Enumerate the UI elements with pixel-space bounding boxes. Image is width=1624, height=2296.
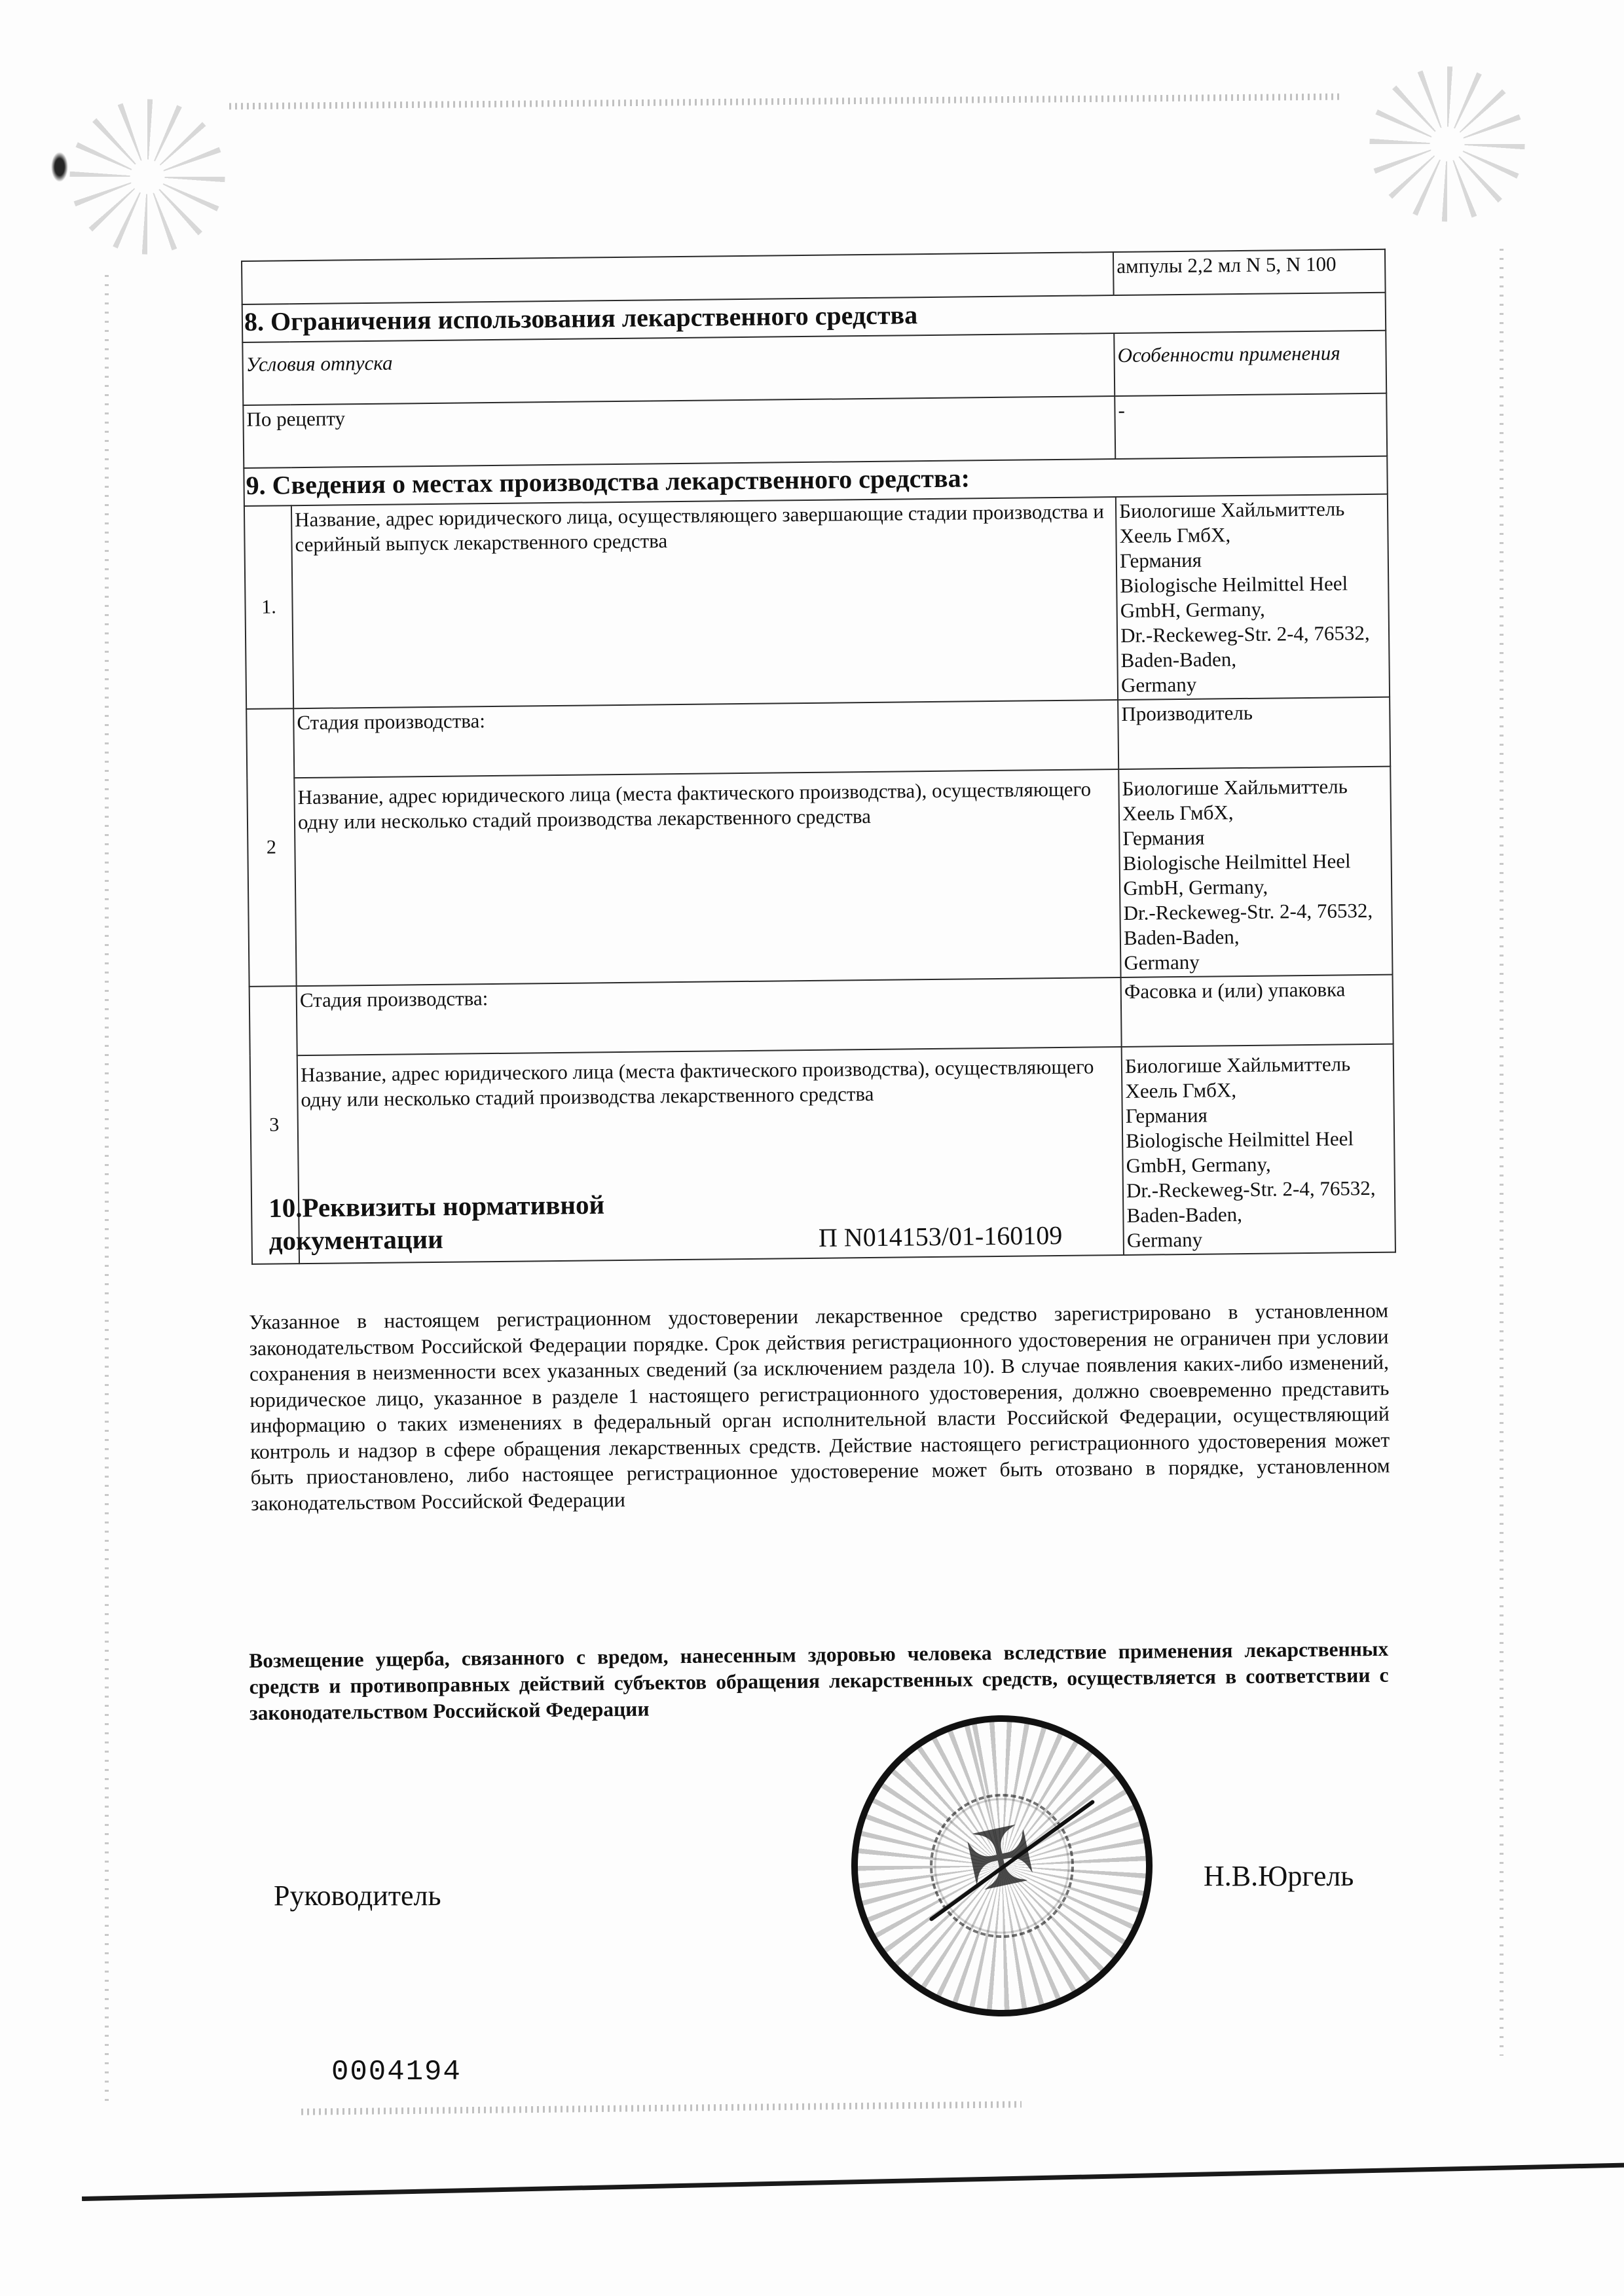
- usage-features-label: Особенности применения: [1114, 331, 1386, 396]
- site-1-row: 1. Название, адрес юридического лица, ос…: [244, 494, 1390, 709]
- registration-table: ампулы 2,2 мл N 5, N 100 8. Ограничения …: [241, 249, 1396, 1265]
- address-line: Germany: [1121, 670, 1386, 698]
- signatory-name: Н.В.Юргель: [1204, 1859, 1354, 1893]
- ornament-rosette-right: [1369, 65, 1526, 223]
- ornament-mark-left: [51, 152, 68, 182]
- site-1-address: Биологише Хайльмиттель Хеель ГмбХ, Герма…: [1116, 494, 1390, 700]
- address-line: Germany: [1127, 1226, 1392, 1253]
- site-3-stage-label: Стадия производства:: [297, 977, 1122, 1055]
- ornament-border-bottom: [301, 2101, 1022, 2115]
- compensation-paragraph: Возмещение ущерба, связанного с вредом, …: [249, 1636, 1389, 1726]
- dispensing-conditions-value: По рецепту: [243, 396, 1115, 468]
- address-line: Биологише Хайльмиттель Хеель ГмбХ,: [1125, 1051, 1391, 1104]
- address-line: Биологише Хайльмиттель Хеель ГмбХ,: [1119, 496, 1385, 549]
- site-2-row: Название, адрес юридического лица (места…: [247, 767, 1392, 987]
- address-line: Biologische Heilmittel Heel GmbH, German…: [1126, 1126, 1392, 1178]
- packaging-value: ампулы 2,2 мл N 5, N 100: [1113, 249, 1386, 295]
- section8-values-row: По рецепту -: [243, 393, 1387, 468]
- site-2-stage-value: Производитель: [1118, 697, 1390, 769]
- section8-labels-row: Условия отпуска Особенности применения: [242, 331, 1386, 405]
- address-line: Dr.-Reckeweg-Str. 2-4, 76532, Baden-Bade…: [1120, 621, 1386, 673]
- bottom-page-rule: [82, 2162, 1624, 2201]
- site-3-address: Биологише Хайльмиттель Хеель ГмбХ, Герма…: [1122, 1044, 1395, 1255]
- address-line: Germany: [1124, 948, 1389, 975]
- validity-paragraph: Указанное в настоящем регистрационном уд…: [249, 1298, 1390, 1516]
- signatory-title: Руководитель: [274, 1879, 441, 1912]
- ornament-border-right: [1500, 249, 1504, 2056]
- address-line: Биологише Хайльмиттель Хеель ГмбХ,: [1122, 774, 1388, 826]
- site-1-description: Название, адрес юридического лица, осуще…: [291, 497, 1118, 708]
- document-page: ампулы 2,2 мл N 5, N 100 8. Ограничения …: [0, 0, 1624, 2296]
- ornament-border-left: [105, 275, 109, 2108]
- address-line: Biologische Heilmittel Heel GmbH, German…: [1123, 848, 1389, 901]
- address-line: Dr.-Reckeweg-Str. 2-4, 76532, Baden-Bade…: [1126, 1176, 1392, 1228]
- address-line: Dr.-Reckeweg-Str. 2-4, 76532, Baden-Bade…: [1123, 898, 1389, 951]
- address-line: Германия: [1120, 546, 1385, 574]
- site-2-address: Биологише Хайльмиттель Хеель ГмбХ, Герма…: [1118, 767, 1392, 977]
- address-line: Biologische Heilmittel Heel GmbH, German…: [1120, 571, 1386, 623]
- site-2-stage-row: 2 Стадия производства: Производитель: [246, 697, 1390, 778]
- section10-title: 10.Реквизиты нормативной документации: [268, 1187, 728, 1257]
- site-2-stage-label: Стадия производства:: [293, 700, 1118, 778]
- dispensing-conditions-label: Условия отпуска: [242, 333, 1115, 405]
- site-2-number: 2: [246, 708, 296, 987]
- normative-document-number: П N014153/01-160109: [819, 1220, 1063, 1253]
- address-line: Германия: [1122, 824, 1388, 851]
- ornament-rosette-left: [69, 98, 226, 255]
- form-serial-number: 0004194: [331, 2056, 462, 2088]
- address-line: Германия: [1126, 1101, 1391, 1129]
- site-2-description: Название, адрес юридического лица (места…: [294, 769, 1120, 986]
- site-3-stage-row: 3 Стадия производства: Фасовка и (или) у…: [249, 975, 1393, 1056]
- site-3-stage-value: Фасовка и (или) упаковка: [1121, 975, 1393, 1047]
- site-1-number: 1.: [244, 505, 293, 709]
- usage-features-value: -: [1115, 393, 1387, 459]
- ornament-border-top: [229, 94, 1342, 110]
